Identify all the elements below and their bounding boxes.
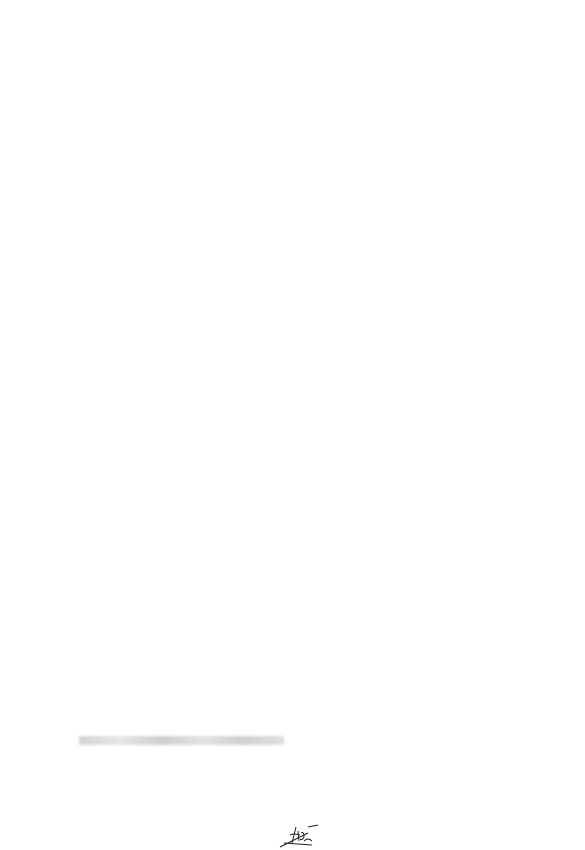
tapu-paragraph bbox=[79, 732, 522, 794]
signature-icon bbox=[278, 823, 322, 849]
tapu-line-4 bbox=[79, 779, 522, 795]
tapu-line-1 bbox=[79, 732, 522, 748]
tapu-line-2 bbox=[79, 748, 522, 764]
redacted-address bbox=[79, 736, 284, 745]
document-page bbox=[0, 0, 585, 850]
tapu-line-3 bbox=[79, 763, 522, 779]
